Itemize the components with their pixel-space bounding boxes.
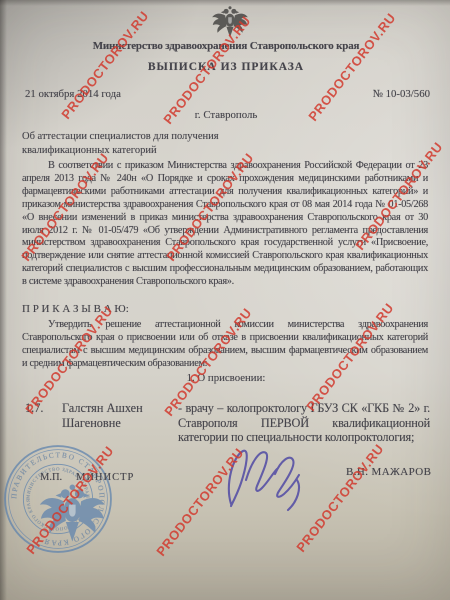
document-photo: Министерство здравоохранения Ставропольс… (0, 0, 450, 600)
date-number-row: 21 октября 2014 года № 10-03/560 (25, 88, 430, 100)
subject-line-1: Об аттестации специалистов для получения (22, 130, 219, 144)
minister-label: МИНИСТР (76, 472, 134, 483)
city-line: г. Ставрополь (20, 109, 432, 121)
subject-block: Об аттестации специалистов для получения… (22, 130, 219, 157)
item-number: 1.7. (25, 401, 43, 416)
mp-label: М.П. (40, 472, 62, 483)
round-stamp: ПРАВИТЕЛЬСТВО СТАВРОПОЛЬСКОГО КРАЯ • МИН… (2, 443, 114, 555)
resolution-paragraph: Утвердить решение аттестационной комисси… (22, 319, 428, 371)
prikaz-word: П Р И К А З Ы В А Ю: (22, 303, 129, 315)
minister-signature (213, 438, 318, 523)
document-date: 21 октября 2014 года (25, 88, 121, 100)
document-type-title: ВЫПИСКА ИЗ ПРИКАЗА (20, 61, 432, 73)
coat-of-arms-eagle-icon (211, 5, 249, 39)
preamble-paragraph: В соответствии с приказом Министерства з… (22, 160, 428, 289)
item-person-name: Галстян Ашхен Шагеновне (62, 401, 162, 431)
ministry-title: Министерство здравоохранения Ставропольс… (20, 40, 432, 52)
document-number: № 10-03/560 (373, 88, 430, 100)
section-title: 1. О присвоении: (20, 372, 432, 384)
minister-name: В.Н. МАЖАРОВ (346, 466, 431, 478)
order-extract-document: Министерство здравоохранения Ставропольс… (0, 0, 450, 600)
subject-line-2: квалификационных категорий (22, 144, 219, 158)
